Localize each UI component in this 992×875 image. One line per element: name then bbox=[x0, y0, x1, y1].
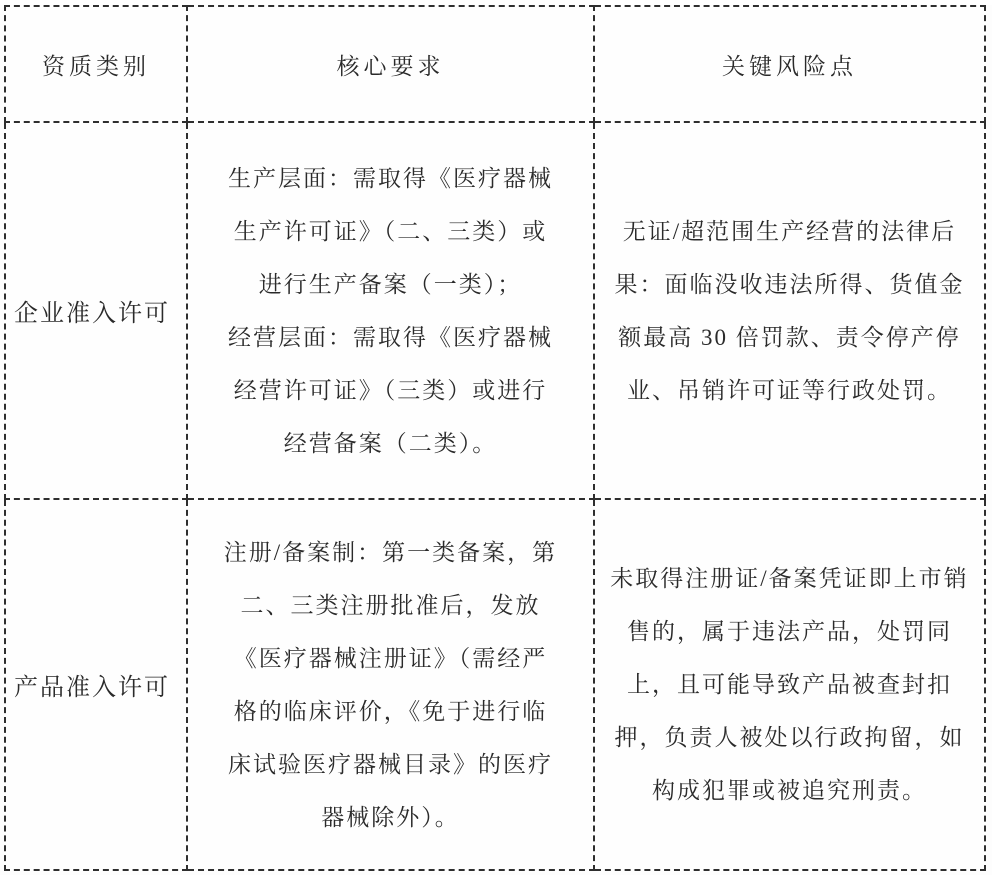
text-line: 二、三类注册批准后，发放 bbox=[196, 579, 585, 632]
text-line: 格的临床评价，《免于进行临 bbox=[196, 685, 585, 738]
text-line: 经营许可证》（三类）或进行 bbox=[196, 364, 585, 417]
text-line: 押，负责人被处以行政拘留，如 bbox=[603, 711, 976, 764]
header-cell-core-requirements: 核心要求 bbox=[187, 6, 594, 122]
header-label-core-requirements: 核心要求 bbox=[337, 54, 445, 79]
document-page: 资质类别 核心要求 关键风险点 企业准入许可 生产层面：需取得《医疗器械 生产许… bbox=[0, 5, 992, 875]
category-cell-product: 产品准入许可 bbox=[5, 499, 187, 870]
text-line: 未取得注册证/备案凭证即上市销 bbox=[603, 552, 976, 605]
text-line: 构成犯罪或被追究刑责。 bbox=[603, 764, 976, 817]
category-cell-enterprise: 企业准入许可 bbox=[5, 122, 187, 499]
header-cell-category: 资质类别 bbox=[5, 6, 187, 122]
text-line: 上，且可能导致产品被查封扣 bbox=[603, 658, 976, 711]
text-line: 经营层面：需取得《医疗器械 bbox=[196, 311, 585, 364]
table-row-enterprise-permit: 企业准入许可 生产层面：需取得《医疗器械 生产许可证》（二、三类）或 进行生产备… bbox=[5, 122, 985, 499]
text-line: 器械除外）。 bbox=[196, 791, 585, 844]
key-risks-cell-enterprise: 无证/超范围生产经营的法律后 果：面临没收违法所得、货值金 额最高 30 倍罚款… bbox=[594, 122, 985, 499]
text-line: 无证/超范围生产经营的法律后 bbox=[603, 205, 976, 258]
text-line: 注册/备案制：第一类备案，第 bbox=[196, 526, 585, 579]
qualification-table: 资质类别 核心要求 关键风险点 企业准入许可 生产层面：需取得《医疗器械 生产许… bbox=[4, 5, 986, 871]
text-line: 经营备案（二类）。 bbox=[196, 417, 585, 470]
text-line: 额最高 30 倍罚款、责令停产停 bbox=[603, 311, 976, 364]
text-line: 生产许可证》（二、三类）或 bbox=[196, 205, 585, 258]
category-label: 产品准入许可 bbox=[14, 675, 170, 701]
text-line: 果：面临没收违法所得、货值金 bbox=[603, 258, 976, 311]
core-requirements-cell-enterprise: 生产层面：需取得《医疗器械 生产许可证》（二、三类）或 进行生产备案（一类）； … bbox=[187, 122, 594, 499]
header-label-category: 资质类别 bbox=[42, 54, 150, 79]
text-line: 《医疗器械注册证》（需经严 bbox=[196, 632, 585, 685]
header-label-key-risks: 关键风险点 bbox=[722, 54, 857, 79]
text-line: 售的，属于违法产品，处罚同 bbox=[603, 605, 976, 658]
header-cell-key-risks: 关键风险点 bbox=[594, 6, 985, 122]
key-risks-cell-product: 未取得注册证/备案凭证即上市销 售的，属于违法产品，处罚同 上，且可能导致产品被… bbox=[594, 499, 985, 870]
table-header-row: 资质类别 核心要求 关键风险点 bbox=[5, 6, 985, 122]
core-requirements-cell-product: 注册/备案制：第一类备案，第 二、三类注册批准后，发放 《医疗器械注册证》（需经… bbox=[187, 499, 594, 870]
text-line: 床试验医疗器械目录》的医疗 bbox=[196, 738, 585, 791]
text-line: 生产层面：需取得《医疗器械 bbox=[196, 152, 585, 205]
text-line: 业、吊销许可证等行政处罚。 bbox=[603, 364, 976, 417]
category-label: 企业准入许可 bbox=[14, 301, 170, 327]
table-row-product-permit: 产品准入许可 注册/备案制：第一类备案，第 二、三类注册批准后，发放 《医疗器械… bbox=[5, 499, 985, 870]
text-line: 进行生产备案（一类）； bbox=[196, 258, 585, 311]
